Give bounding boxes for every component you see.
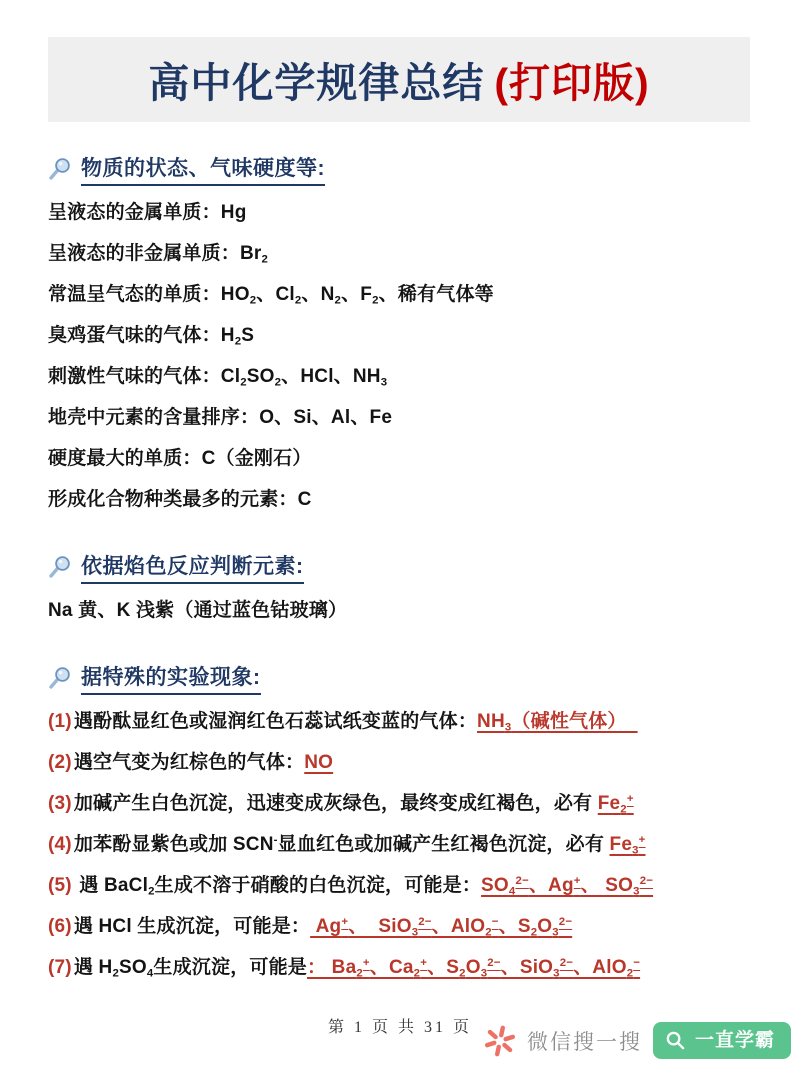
fact-line: 常温呈气态的单质：HO2、Cl2、N2、F2、稀有气体等 (48, 281, 762, 309)
item-text: 硬度最大的单质：C（金刚石） (48, 448, 312, 469)
fact-line: (4)加苯酚显紫色或加 SCN-显血红色或加碱产生红褐色沉淀，必有 Fe3+ (48, 831, 762, 859)
wechat-watermark: 微信搜一搜 一直学霸 (480, 1019, 795, 1062)
fact-line: 地壳中元素的含量排序：O、Si、Al、Fe (48, 404, 762, 432)
fact-line: (3)加碱产生白色沉淀，迅速变成灰绿色，最终变成红褐色，必有 Fe2+ (48, 790, 762, 818)
section-heading-text: 依据焰色反应判断元素: (81, 550, 304, 584)
fact-line: 硬度最大的单质：C（金刚石） (48, 445, 762, 473)
section-heading-text: 物质的状态、气味硬度等: (81, 152, 325, 186)
section-items: (1)遇酚酞显红色或湿润红色石蕊试纸变蓝的气体：NH3（碱性气体） (2)遇空气… (48, 708, 762, 982)
item-text: 地壳中元素的含量排序：O、Si、Al、Fe (48, 407, 392, 428)
fact-line: 形成化合物种类最多的元素：C (48, 486, 762, 514)
fact-line: 呈液态的非金属单质：Br2 (48, 240, 762, 268)
fact-line: 臭鸡蛋气味的气体：H2S (48, 322, 762, 350)
fact-line: (6)遇 HCl 生成沉淀，可能是： Ag+、 SiO32−、AlO2−、S2O… (48, 913, 762, 941)
document-title-band: 高中化学规律总结(打印版) (48, 37, 750, 122)
item-text: 遇空气变为红棕色的气体： (74, 752, 304, 773)
sparkle-logo-icon (484, 1025, 516, 1057)
item-number: (6) (48, 916, 72, 937)
section-items: 呈液态的金属单质：Hg 呈液态的非金属单质：Br2 常温呈气态的单质：HO2、C… (48, 199, 762, 514)
fact-line: (5) 遇 BaCl2生成不溶于硝酸的白色沉淀，可能是：SO42−、Ag+、 S… (48, 872, 762, 900)
section: 依据焰色反应判断元素: Na 黄、K 浅紫（通过蓝色钴玻璃） (48, 550, 762, 625)
item-text: 呈液态的金属单质：Hg (48, 202, 247, 223)
magnifier-icon (48, 157, 72, 181)
item-text: 遇 H2SO4生成沉淀，可能是 (74, 957, 307, 978)
item-text: 臭鸡蛋气味的气体：H2S (48, 325, 254, 346)
section-heading: 据特殊的实验现象: (48, 661, 762, 695)
item-text: 形成化合物种类最多的元素：C (48, 489, 312, 510)
item-answer: NO (304, 752, 333, 773)
fact-line: 呈液态的金属单质：Hg (48, 199, 762, 227)
section: 物质的状态、气味硬度等: 呈液态的金属单质：Hg 呈液态的非金属单质：Br2 常… (48, 152, 762, 514)
search-icon (665, 1030, 686, 1051)
badge-label: 一直学霸 (695, 1031, 775, 1050)
section-heading: 物质的状态、气味硬度等: (48, 152, 762, 186)
item-number: (5) (48, 875, 72, 896)
item-number: (7) (48, 957, 72, 978)
item-text: Na 黄、K 浅紫（通过蓝色钴玻璃） (48, 600, 347, 621)
item-text: 刺激性气味的气体：Cl2SO2、HCl、NH3 (48, 366, 387, 387)
section-heading-text: 据特殊的实验现象: (81, 661, 261, 695)
item-number: (4) (48, 834, 72, 855)
item-text: 呈液态的非金属单质：Br2 (48, 243, 268, 264)
section: 据特殊的实验现象: (1)遇酚酞显红色或湿润红色石蕊试纸变蓝的气体：NH3（碱性… (48, 661, 762, 982)
item-number: (3) (48, 793, 72, 814)
item-answer: NH3（碱性气体） (477, 711, 638, 732)
item-answer: Fe2+ (598, 793, 634, 814)
item-number: (1) (48, 711, 72, 732)
page-title: 高中化学规律总结 (148, 60, 484, 106)
item-text: 遇 HCl 生成沉淀，可能是： (74, 916, 310, 937)
fact-line: Na 黄、K 浅紫（通过蓝色钴玻璃） (48, 597, 762, 625)
item-number: (2) (48, 752, 72, 773)
fact-line: (2)遇空气变为红棕色的气体：NO (48, 749, 762, 777)
wechat-search-badge: 一直学霸 (653, 1022, 791, 1059)
item-answer: Fe3+ (610, 834, 646, 855)
document-page: 高中化学规律总结(打印版) 物质的状态、气味硬度等: 呈液态的金属单质：Hg 呈… (0, 0, 800, 1067)
item-text: 遇 BaCl2生成不溶于硝酸的白色沉淀，可能是： (74, 875, 481, 896)
magnifier-icon (48, 666, 72, 690)
page-title-row: 高中化学规律总结(打印版) (148, 50, 649, 109)
item-text: 加碱产生白色沉淀，迅速变成灰绿色，最终变成红褐色，必有 (74, 793, 598, 814)
fact-line: (7)遇 H2SO4生成沉淀，可能是： Ba2+、Ca2+、S2O32−、SiO… (48, 954, 762, 982)
item-answer: Ag+、 SiO32−、AlO2−、S2O32− (310, 916, 572, 937)
magnifier-icon (48, 555, 72, 579)
item-text: 遇酚酞显红色或湿润红色石蕊试纸变蓝的气体： (74, 711, 477, 732)
item-answer: SO42−、Ag+、 SO32− (481, 875, 653, 896)
fact-line: 刺激性气味的气体：Cl2SO2、HCl、NH3 (48, 363, 762, 391)
section-items: Na 黄、K 浅紫（通过蓝色钴玻璃） (48, 597, 762, 625)
page-title-edition: (打印版) (494, 60, 649, 106)
watermark-text: 微信搜一搜 (527, 1026, 642, 1056)
item-answer: ： Ba2+、Ca2+、S2O32−、SiO32−、AlO2− (307, 957, 640, 978)
item-text: 常温呈气态的单质：HO2、Cl2、N2、F2、稀有气体等 (48, 284, 494, 305)
item-text: 加苯酚显紫色或加 SCN-显血红色或加碱产生红褐色沉淀，必有 (74, 834, 610, 855)
fact-line: (1)遇酚酞显红色或湿润红色石蕊试纸变蓝的气体：NH3（碱性气体） (48, 708, 762, 736)
document-body: 物质的状态、气味硬度等: 呈液态的金属单质：Hg 呈液态的非金属单质：Br2 常… (0, 152, 800, 982)
section-heading: 依据焰色反应判断元素: (48, 550, 762, 584)
